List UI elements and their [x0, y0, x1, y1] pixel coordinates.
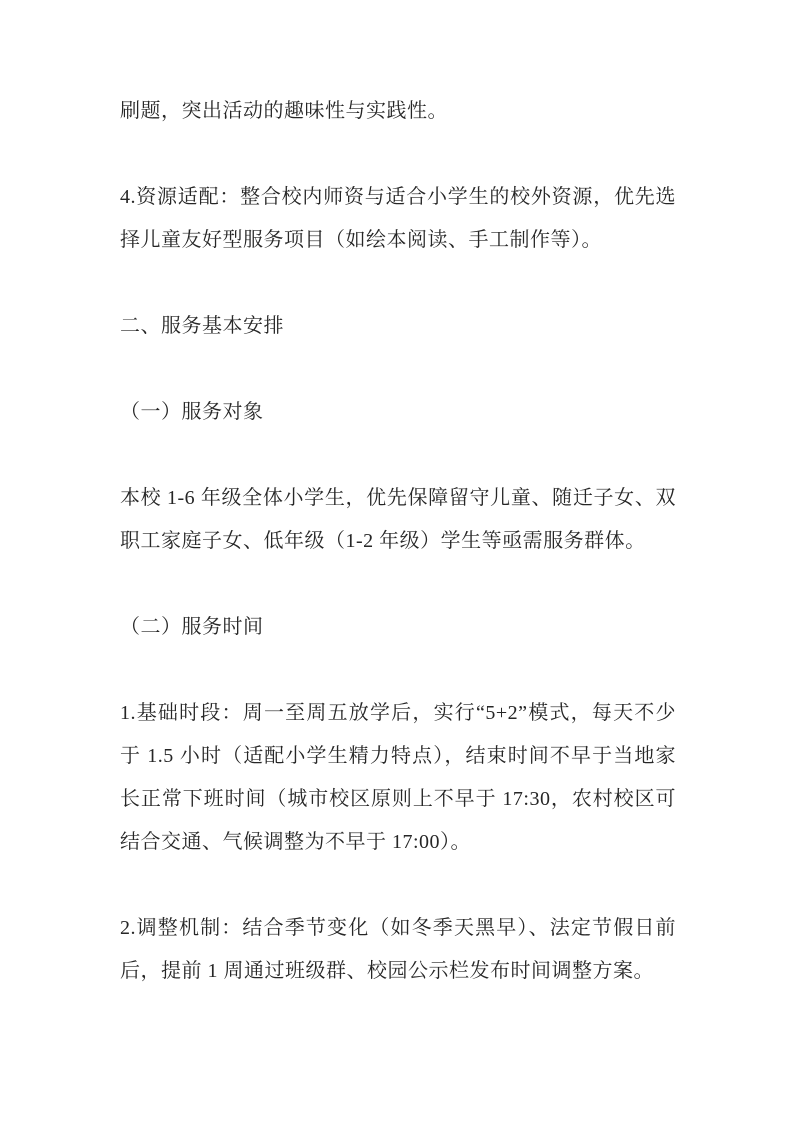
paragraph-adjustment-mechanism: 2.调整机制：结合季节变化（如冬季天黑早）、法定节假日前后，提前 1 周通过班级… — [120, 907, 676, 993]
paragraph-resource-matching: 4.资源适配：整合校内师资与适合小学生的校外资源，优先选择儿童友好型服务项目（如… — [120, 176, 676, 262]
section-heading-service-arrangement: 二、服务基本安排 — [120, 305, 676, 348]
paragraph-service-target: 本校 1-6 年级全体小学生，优先保障留守儿童、随迁子女、双职工家庭子女、低年级… — [120, 477, 676, 563]
subsection-heading-service-time: （二）服务时间 — [120, 606, 676, 649]
document-body: 刷题，突出活动的趣味性与实践性。 4.资源适配：整合校内师资与适合小学生的校外资… — [120, 90, 676, 1036]
paragraph-base-time-slot: 1.基础时段：周一至周五放学后，实行“5+2”模式，每天不少于 1.5 小时（适… — [120, 692, 676, 864]
subsection-heading-service-target: （一）服务对象 — [120, 391, 676, 434]
paragraph-continuation: 刷题，突出活动的趣味性与实践性。 — [120, 90, 676, 133]
document-page: 刷题，突出活动的趣味性与实践性。 4.资源适配：整合校内师资与适合小学生的校外资… — [0, 0, 793, 1122]
